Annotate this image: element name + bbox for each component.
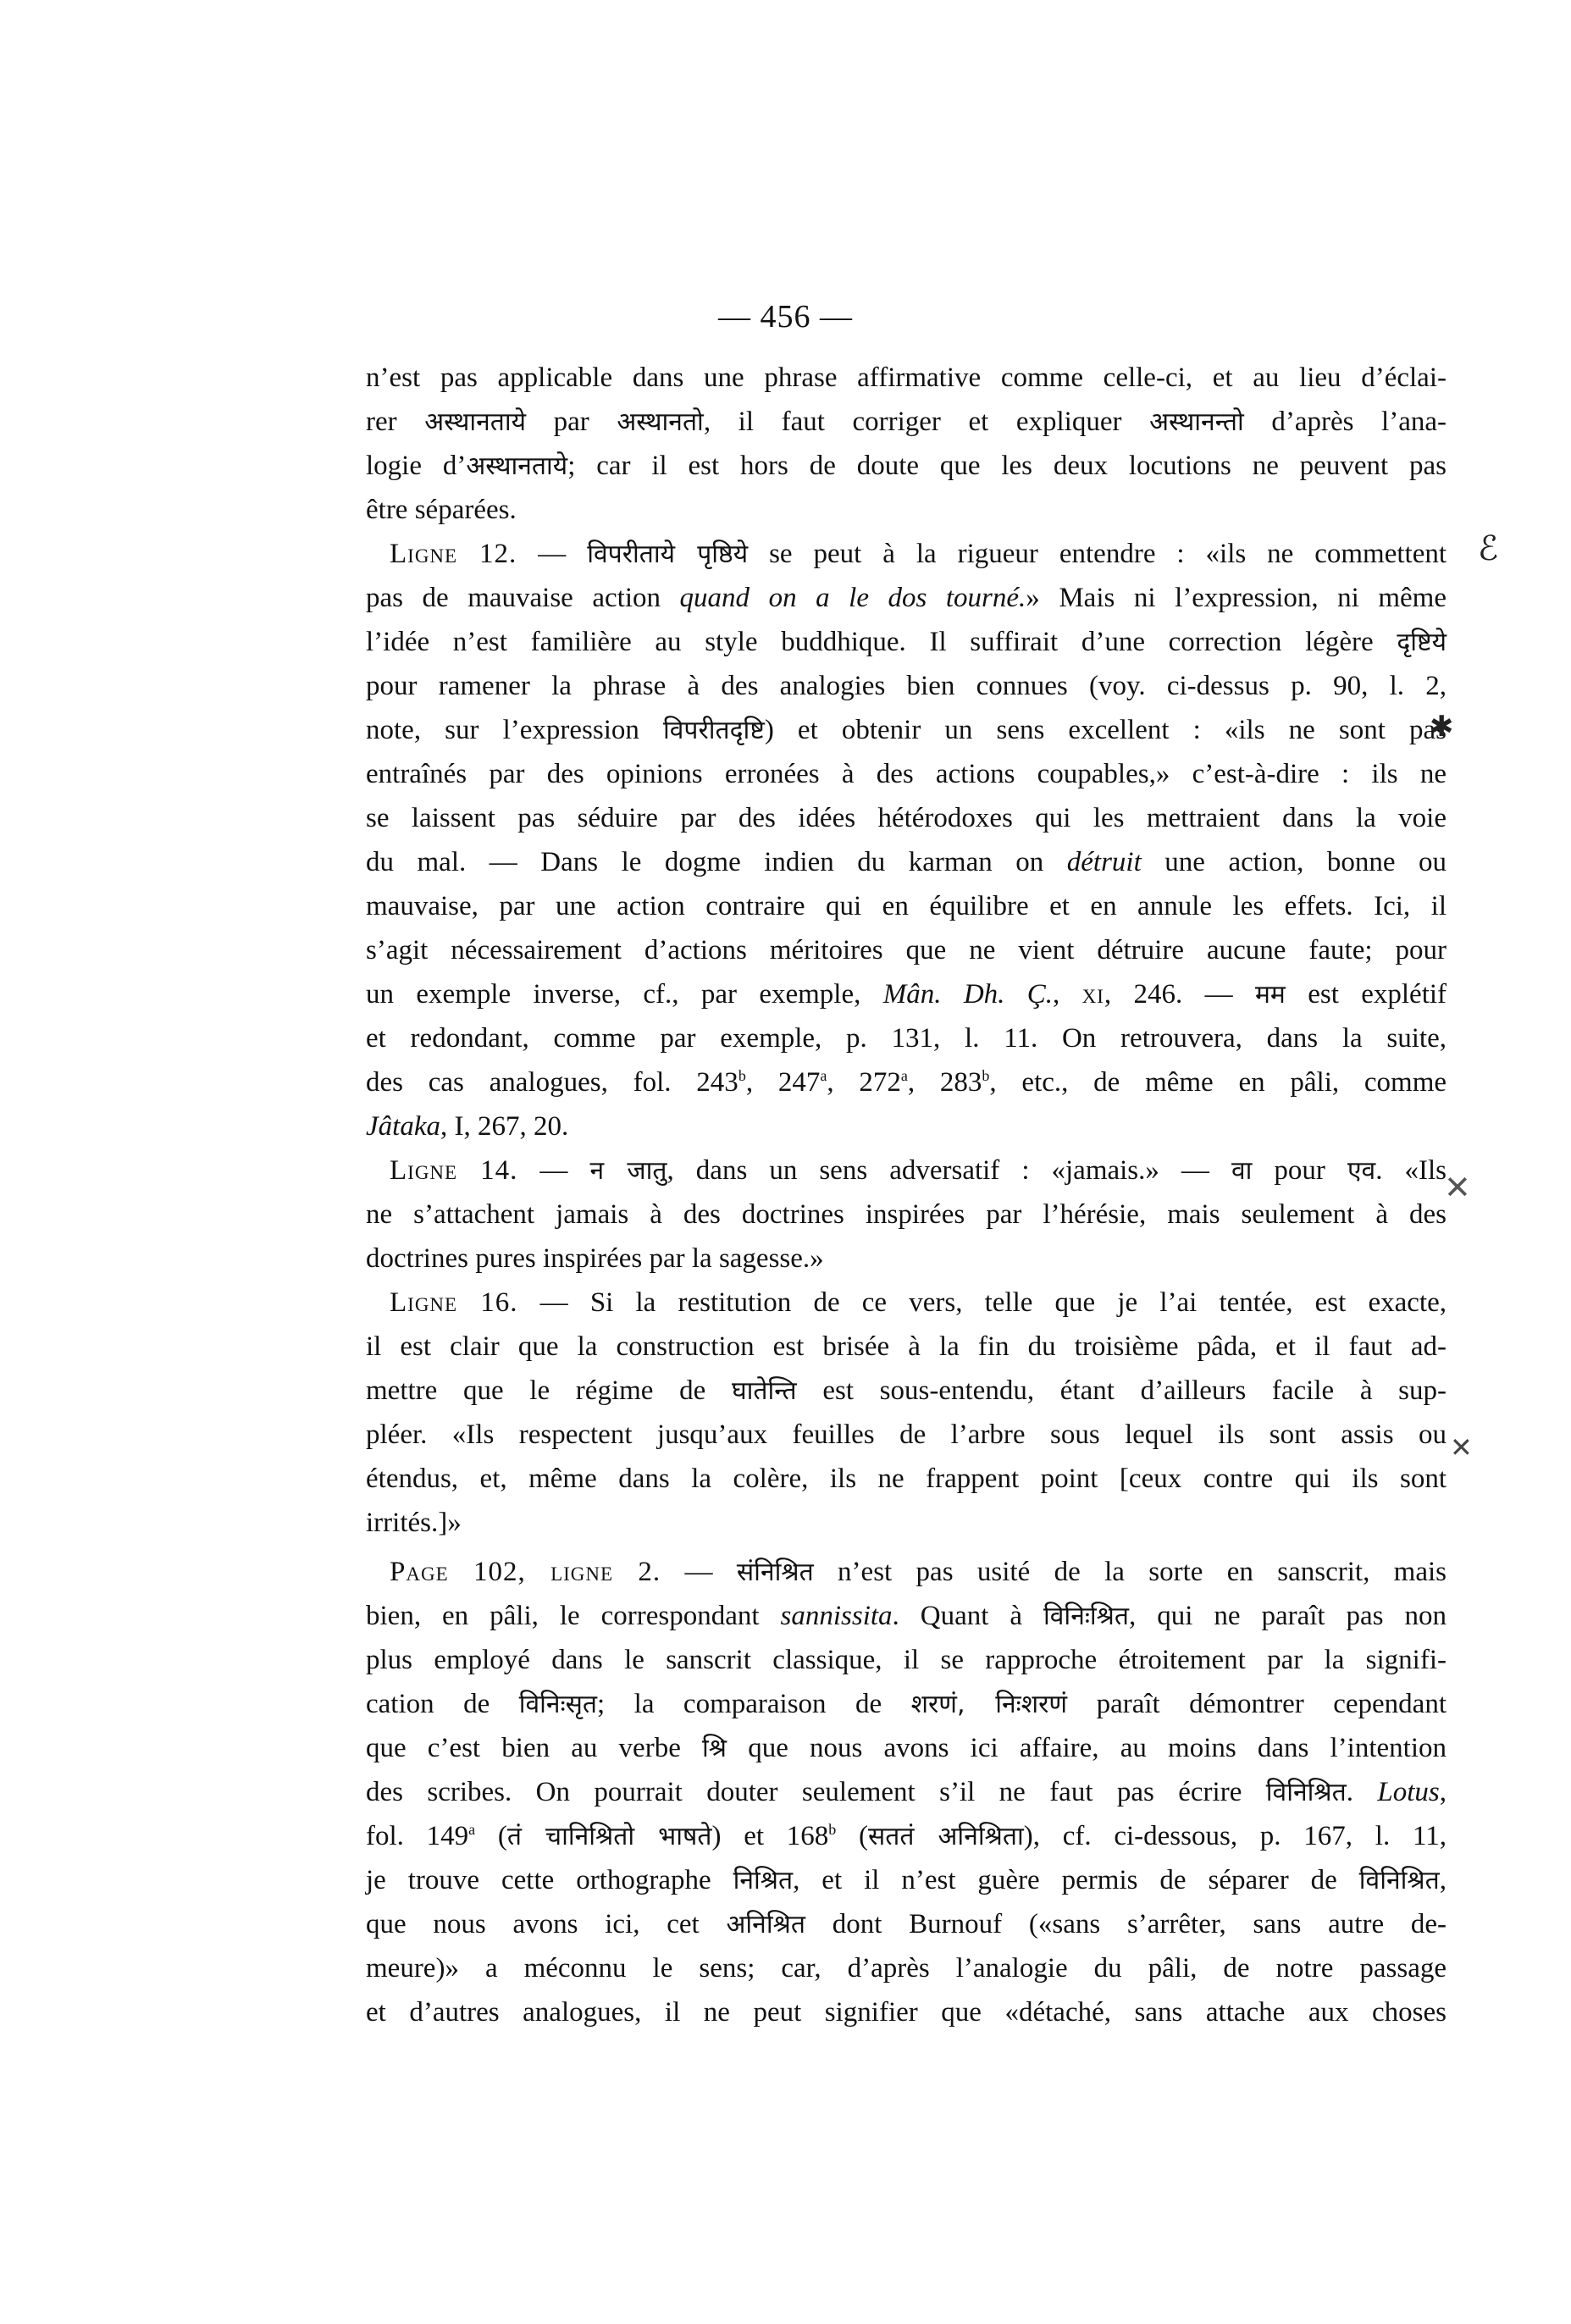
text-line: Ligne 16. — Si la restitution de ce vers… — [366, 1281, 1447, 1325]
text-line: fol. 149a (तं चानिश्रितो भाषते) et 168b … — [366, 1814, 1447, 1858]
sanskrit-term: अनिश्रित — [726, 1910, 805, 1939]
text-line: logie d’अस्थानताये; car il est hors de d… — [366, 444, 1447, 488]
text-line: pléer. «Ils respectent jusqu’aux feuille… — [366, 1413, 1447, 1457]
page-number: — 456 — — [0, 298, 1571, 335]
margin-scribble-mark: ℰ — [1478, 529, 1498, 568]
italic-phrase: sannissita — [781, 1601, 893, 1631]
section-heading: Ligne 14. — [390, 1155, 517, 1186]
paragraph-ligne-12: Ligne 12. — विपरीताये पृष्ठिये se peut à… — [366, 532, 1447, 1148]
text-line: s’agit nécessairement d’actions méritoir… — [366, 928, 1447, 972]
text-line: étendus, et, même dans la colère, ils ne… — [366, 1457, 1447, 1501]
text-line: rer अस्थानताये par अस्थानतो, il faut cor… — [366, 400, 1447, 444]
text-line: que nous avons ici, cet अनिश्रित dont Bu… — [366, 1902, 1447, 1946]
sanskrit-term: वा — [1231, 1156, 1252, 1186]
sanskrit-term: विपरीताये पृष्ठिये — [587, 539, 748, 569]
text-line: des scribes. On pourrait douter seulemen… — [366, 1770, 1447, 1814]
text-line: note, sur l’expression विपरीतदृष्टि) et … — [366, 708, 1447, 752]
sanskrit-term: अस्थानन्तो — [1149, 407, 1244, 437]
margin-cross-mark: ✕ — [1444, 1169, 1471, 1206]
paragraph-page-102-ligne-2: Page 102, ligne 2. — संनिश्रित n’est pas… — [366, 1550, 1447, 2034]
sanskrit-term: विनिश्रित — [1266, 1778, 1347, 1807]
text-line: il est clair que la construction est bri… — [366, 1325, 1447, 1369]
sanskrit-term: संनिश्रित — [737, 1558, 814, 1587]
text-line: l’idée n’est familière au style buddhiqu… — [366, 620, 1447, 664]
text-line: mettre que le régime de घातेन्ति est sou… — [366, 1369, 1447, 1413]
text-line: pas de mauvaise action quand on a le dos… — [366, 576, 1447, 620]
sanskrit-term: अस्थानताये — [424, 407, 526, 437]
text-line: et redondant, comme par exemple, p. 131,… — [366, 1016, 1447, 1060]
sanskrit-term: न जातु — [589, 1156, 667, 1186]
text-line: bien, en pâli, le correspondant sannissi… — [366, 1594, 1447, 1638]
text-line: irrités.]» — [366, 1501, 1447, 1545]
sanskrit-term: विनिःश्रित — [1043, 1602, 1129, 1631]
text-line: mauvaise, par une action contraire qui e… — [366, 884, 1447, 928]
section-heading: Ligne 16. — [390, 1287, 518, 1318]
text-line: entraînés par des opinions erronées à de… — [366, 752, 1447, 796]
text-line: meure)» a méconnu le sens; car, d’après … — [366, 1946, 1447, 1990]
text-line: du mal. — Dans le dogme indien du karman… — [366, 840, 1447, 884]
paragraph-continuation: n’est pas applicable dans une phrase aff… — [366, 356, 1447, 532]
italic-phrase: Lotus — [1377, 1777, 1439, 1807]
paragraph-ligne-14: Ligne 14. — न जातु, dans un sens adversa… — [366, 1148, 1447, 1281]
text-line: se laissent pas séduire par des idées hé… — [366, 796, 1447, 840]
text-line: Ligne 12. — विपरीताये पृष्ठिये se peut à… — [366, 532, 1447, 576]
sanskrit-term: दृष्टिये — [1397, 628, 1447, 657]
sanskrit-term: विनिःसृत — [519, 1690, 597, 1719]
italic-phrase: quand on a le dos tourné. — [680, 583, 1026, 613]
section-heading: Ligne 12. — [390, 539, 517, 569]
text-line: et d’autres analogues, il ne peut signif… — [366, 1990, 1447, 2034]
text-line: Page 102, ligne 2. — संनिश्रित n’est pas… — [366, 1550, 1447, 1594]
text-line: doctrines pures inspirées par la sagesse… — [366, 1237, 1447, 1281]
text-line: je trouve cette orthographe निश्रित, et … — [366, 1858, 1447, 1902]
sanskrit-term: अस्थानताये — [466, 451, 567, 481]
sanskrit-term: निश्रित — [733, 1866, 794, 1895]
sanskrit-term: अस्थानतो — [617, 407, 703, 437]
text-line: ne s’attachent jamais à des doctrines in… — [366, 1192, 1447, 1237]
sanskrit-term: तं चानिश्रितो भाषते — [507, 1822, 712, 1851]
sanskrit-term: शरणं, निःशरणं — [911, 1690, 1068, 1719]
text-line: Jâtaka, I, 267, 20. — [366, 1104, 1447, 1148]
sanskrit-term: श्रि — [702, 1734, 727, 1763]
text-line: être séparées. — [366, 488, 1447, 532]
sanskrit-term: एव — [1347, 1156, 1375, 1186]
text-line: Ligne 14. — न जातु, dans un sens adversa… — [366, 1148, 1447, 1192]
sanskrit-term: मम — [1255, 980, 1286, 1010]
text-line: plus employé dans le sanscrit classique,… — [366, 1638, 1447, 1682]
text-line: un exemple inverse, cf., par exemple, Mâ… — [366, 972, 1447, 1016]
sanskrit-term: विपरीतदृष्टि — [663, 716, 765, 745]
sanskrit-term: घातेन्ति — [732, 1376, 797, 1406]
section-heading: Page 102, ligne 2. — [390, 1557, 661, 1587]
sanskrit-term: विनिश्रित — [1359, 1866, 1440, 1895]
sanskrit-term: सततं अनिश्रिता — [868, 1822, 1024, 1851]
text-line: pour ramener la phrase à des analogies b… — [366, 664, 1447, 708]
text-line: des cas analogues, fol. 243b, 247a, 272a… — [366, 1060, 1447, 1104]
italic-phrase: détruit — [1067, 847, 1142, 877]
book-page: — 456 — n’est pas applicable dans une ph… — [0, 0, 1571, 2324]
text-line: que c’est bien au verbe श्रि que nous av… — [366, 1726, 1447, 1770]
margin-ink-mark: ✱ — [1430, 710, 1454, 744]
italic-phrase: Jâtaka — [366, 1111, 440, 1142]
margin-cross-mark: ✕ — [1450, 1431, 1473, 1464]
text-line: n’est pas applicable dans une phrase aff… — [366, 356, 1447, 400]
text-line: cation de विनिःसृत; la comparaison de शर… — [366, 1682, 1447, 1726]
paragraph-ligne-16: Ligne 16. — Si la restitution de ce vers… — [366, 1281, 1447, 1545]
italic-phrase: Mân. Dh. Ç. — [883, 979, 1053, 1010]
